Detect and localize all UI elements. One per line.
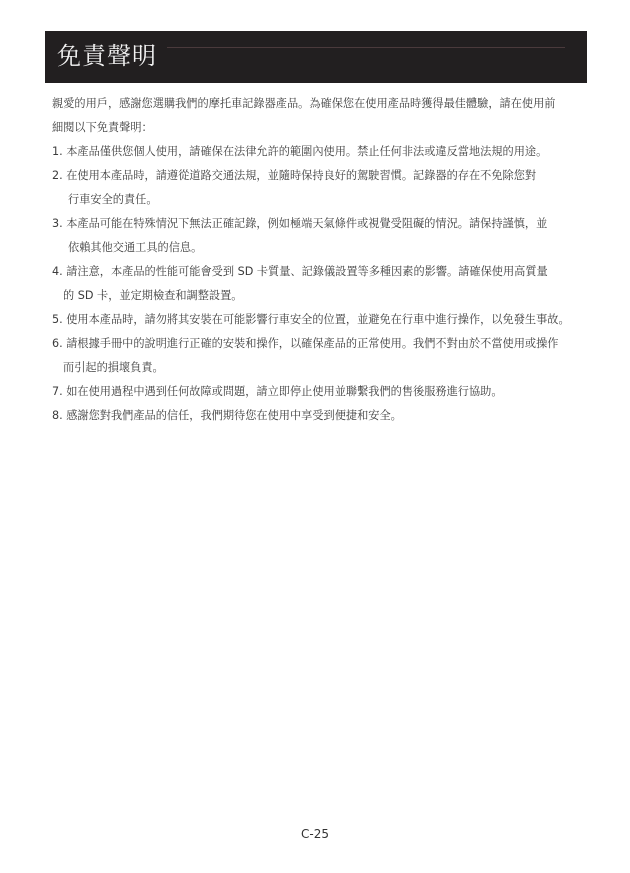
disclaimer-item-6: 6. 請根據手冊中的說明進行正確的安裝和操作，以確保產品的正常使用。我們不對由於… [52,332,597,356]
intro-line-2: 細閱以下免責聲明： [52,116,597,140]
disclaimer-item-4-cont: 的 SD 卡，並定期檢查和調整設置。 [52,284,597,308]
section-header-bar: 免責聲明 [45,31,587,83]
disclaimer-item-2-cont: 行車安全的責任。 [52,188,597,212]
disclaimer-item-7: 7. 如在使用過程中遇到任何故障或問題，請立即停止使用並聯繫我們的售後服務進行協… [52,380,597,404]
header-divider-line [167,47,565,48]
disclaimer-body: 親愛的用戶，感謝您選購我們的摩托車記錄器產品。為確保您在使用產品時獲得最佳體驗，… [52,92,597,428]
disclaimer-item-6-cont: 而引起的損壞負責。 [52,356,597,380]
intro-line-1: 親愛的用戶，感謝您選購我們的摩托車記錄器產品。為確保您在使用產品時獲得最佳體驗，… [52,92,597,116]
disclaimer-item-8: 8. 感謝您對我們產品的信任，我們期待您在使用中享受到便捷和安全。 [52,404,597,428]
page-number: C-25 [0,827,630,841]
disclaimer-item-3-cont: 依賴其他交通工具的信息。 [52,236,597,260]
disclaimer-item-2: 2. 在使用本產品時，請遵從道路交通法規，並隨時保持良好的駕駛習慣。記錄器的存在… [52,164,597,188]
disclaimer-item-3: 3. 本產品可能在特殊情況下無法正確記錄，例如極端天氣條件或視覺受阻礙的情況。請… [52,212,597,236]
disclaimer-item-1: 1. 本產品僅供您個人使用，請確保在法律允許的範圍內使用。禁止任何非法或違反當地… [52,140,597,164]
disclaimer-item-4: 4. 請注意，本產品的性能可能會受到 SD 卡質量、記錄儀設置等多種因素的影響。… [52,260,597,284]
section-title: 免責聲明 [57,40,157,72]
disclaimer-item-5: 5. 使用本產品時，請勿將其安裝在可能影響行車安全的位置，並避免在行車中進行操作… [52,308,597,332]
